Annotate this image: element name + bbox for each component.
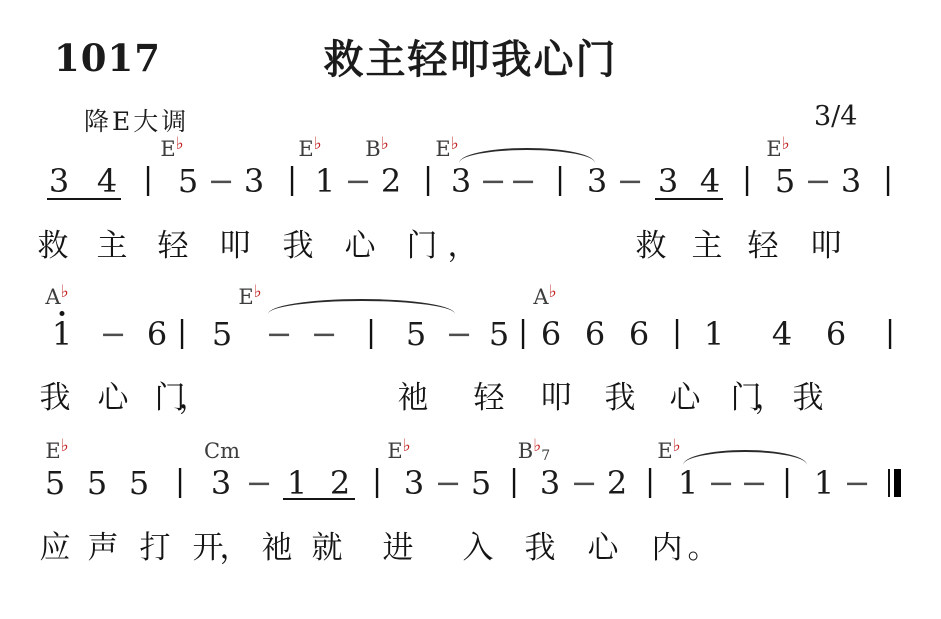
note-digit: 5 [212, 318, 232, 350]
lyric-char: 我 [793, 381, 824, 415]
chord-symbol: E♭ [657, 441, 680, 462]
chord-root: Cm [204, 439, 240, 463]
note-digit: 5 [489, 318, 509, 350]
note-digit: 3 [404, 467, 424, 499]
flat-accidental-icon: ♭ [61, 282, 69, 302]
chord-root: E [45, 439, 60, 463]
duration-dash: − [345, 165, 372, 197]
chord-symbol: B♭7 [518, 441, 550, 462]
slur [683, 450, 807, 465]
note-digit: 5 [129, 467, 149, 499]
note-digit: 3 [49, 165, 69, 197]
note-digit: 5 [471, 467, 491, 499]
note-digit: 3 [841, 165, 861, 197]
flat-accidental-icon: ♭ [403, 436, 411, 456]
barline: | [143, 165, 153, 195]
chord-root: E [298, 137, 313, 161]
flat-accidental-icon: ♭ [254, 282, 262, 302]
flat-accidental-icon: ♭ [176, 134, 184, 154]
barline: | [287, 165, 297, 195]
note-digit: 6 [826, 318, 846, 350]
duration-dash: − [208, 165, 235, 197]
chord-root: E [657, 439, 672, 463]
lyric-char: 主 [692, 229, 723, 263]
note-digit: 5 [87, 467, 107, 499]
note-digit: 6 [585, 318, 605, 350]
hymn-number: 1017 [54, 36, 161, 80]
barline: | [518, 318, 528, 348]
lyric-char: 进 [383, 531, 414, 565]
lyric-char: 。 [688, 531, 719, 565]
note-digit: 3 [658, 165, 678, 197]
chord-symbol: A♭ [45, 287, 68, 308]
lyric-char: 就 [312, 531, 343, 565]
duration-dash: − [435, 467, 462, 499]
note-digit: 2 [381, 165, 401, 197]
note-digit: 6 [147, 318, 167, 350]
note-digit: 1 [287, 467, 307, 499]
flat-accidental-icon: ♭ [381, 134, 389, 154]
lyric-char: 我 [605, 381, 636, 415]
note-digit: 3 [587, 165, 607, 197]
lyric-char: 我 [40, 381, 71, 415]
lyric-char: 应 [40, 531, 71, 565]
duration-dash: − [446, 318, 473, 350]
lyric-char: 救 [38, 229, 69, 263]
note-digit: 5 [406, 318, 426, 350]
chord-root: B [365, 137, 380, 161]
chord-symbol: Cm [204, 441, 240, 462]
barline: | [672, 318, 682, 348]
duration-dash: − [708, 467, 735, 499]
note-digit: 5 [775, 165, 795, 197]
flat-accidental-icon: ♭ [549, 282, 557, 302]
lyric-char: 主 [97, 229, 128, 263]
duration-dash: − [741, 467, 768, 499]
chord-symbol: E♭ [435, 139, 458, 160]
lyric-char: ， [220, 531, 251, 565]
lyric-char: 声 [88, 531, 119, 565]
lyric-char: 轻 [158, 229, 189, 263]
slur [459, 148, 595, 163]
lyric-char: 叩 [220, 229, 251, 263]
lyric-char: 入 [463, 531, 494, 565]
note-digit: 3 [540, 467, 560, 499]
chord-extension: 7 [541, 448, 550, 464]
note-digit: 4 [700, 165, 720, 197]
chord-symbol: E♭ [766, 139, 789, 160]
lyric-char: 门 [407, 229, 438, 263]
chord-root: E [238, 285, 253, 309]
duration-dash: − [805, 165, 832, 197]
lyric-char: 我 [525, 531, 556, 565]
chord-root: E [160, 137, 175, 161]
chord-symbol: E♭ [387, 441, 410, 462]
lyric-char: 轻 [474, 381, 505, 415]
barline: | [885, 318, 895, 348]
note-digit: 3 [244, 165, 264, 197]
chord-symbol: E♭ [238, 287, 261, 308]
lyric-char: 轻 [748, 229, 779, 263]
barline: | [645, 467, 655, 497]
lyric-char: 心 [98, 381, 129, 415]
note-digit: 2 [607, 467, 627, 499]
duration-dash: − [617, 165, 644, 197]
note-digit: 1 [315, 165, 335, 197]
barline: | [423, 165, 433, 195]
note-digit: 5 [178, 165, 198, 197]
page-title: 救主轻叩我心门 [324, 28, 618, 85]
flat-accidental-icon: ♭ [782, 134, 790, 154]
note-digit: 4 [97, 165, 117, 197]
lyric-char: 祂 [262, 531, 293, 565]
duration-dash: − [844, 467, 871, 499]
slur [268, 299, 455, 314]
chord-symbol: E♭ [160, 139, 183, 160]
note-digit: 3 [211, 467, 231, 499]
lyric-char: 内 [652, 531, 683, 565]
note-digit: 6 [541, 318, 561, 350]
barline: | [372, 467, 382, 497]
note-digit: 3 [451, 165, 471, 197]
flat-accidental-icon: ♭ [61, 436, 69, 456]
barline: | [782, 467, 792, 497]
lyric-char: 打 [140, 531, 171, 565]
flat-accidental-icon: ♭ [314, 134, 322, 154]
lyric-char: 叩 [541, 381, 572, 415]
flat-accidental-icon: ♭ [451, 134, 459, 154]
barline: | [555, 165, 565, 195]
note-digit: 1 [678, 467, 698, 499]
barline: | [366, 318, 376, 348]
lyric-char: 心 [670, 381, 701, 415]
note-digit: 1 [52, 318, 72, 350]
final-barline-thin-stroke [888, 469, 890, 497]
barline: | [509, 467, 519, 497]
chord-symbol: A♭ [533, 287, 556, 308]
note-digit: 4 [772, 318, 792, 350]
eighth-beam [655, 198, 723, 200]
lyric-char: 心 [345, 229, 376, 263]
eighth-beam [283, 498, 355, 500]
barline: | [177, 318, 187, 348]
lyric-char: ， [448, 229, 479, 263]
duration-dash: − [266, 318, 293, 350]
note-digit: 6 [629, 318, 649, 350]
duration-dash: − [510, 165, 537, 197]
lyric-char: 祂 [398, 381, 429, 415]
note-digit: 1 [704, 318, 724, 350]
chord-symbol: B♭ [365, 139, 388, 160]
chord-root: A [533, 285, 548, 309]
duration-dash: − [480, 165, 507, 197]
barline: | [883, 165, 893, 195]
lyric-char: 叩 [811, 229, 842, 263]
final-barline [888, 469, 901, 497]
chord-root: E [766, 137, 781, 161]
note-digit: 1 [814, 467, 834, 499]
chord-symbol: E♭ [45, 441, 68, 462]
eighth-beam [47, 198, 121, 200]
duration-dash: − [571, 467, 598, 499]
duration-dash: − [246, 467, 273, 499]
duration-dash: − [100, 318, 127, 350]
flat-accidental-icon: ♭ [673, 436, 681, 456]
key-signature: 降E大调 [84, 102, 189, 138]
chord-symbol: E♭ [298, 139, 321, 160]
note-digit: 5 [45, 467, 65, 499]
chord-root: A [45, 285, 60, 309]
lyric-char: 心 [588, 531, 619, 565]
chord-root: E [387, 439, 402, 463]
final-barline-thick-stroke [894, 469, 901, 497]
octave-dot [60, 311, 65, 316]
hymn-sheet: 1017 救主轻叩我心门 降E大调 3/4 E♭E♭B♭E♭E♭34|5−3|1… [0, 0, 941, 619]
barline: | [742, 165, 752, 195]
lyric-char: ， [179, 381, 210, 415]
time-signature: 3/4 [814, 101, 857, 132]
duration-dash: − [311, 318, 338, 350]
chord-root: B [518, 439, 533, 463]
chord-root: E [435, 137, 450, 161]
lyric-char: ， [755, 381, 786, 415]
lyric-char: 我 [283, 229, 314, 263]
lyric-char: 救 [636, 229, 667, 263]
note-digit: 2 [330, 467, 350, 499]
barline: | [175, 467, 185, 497]
